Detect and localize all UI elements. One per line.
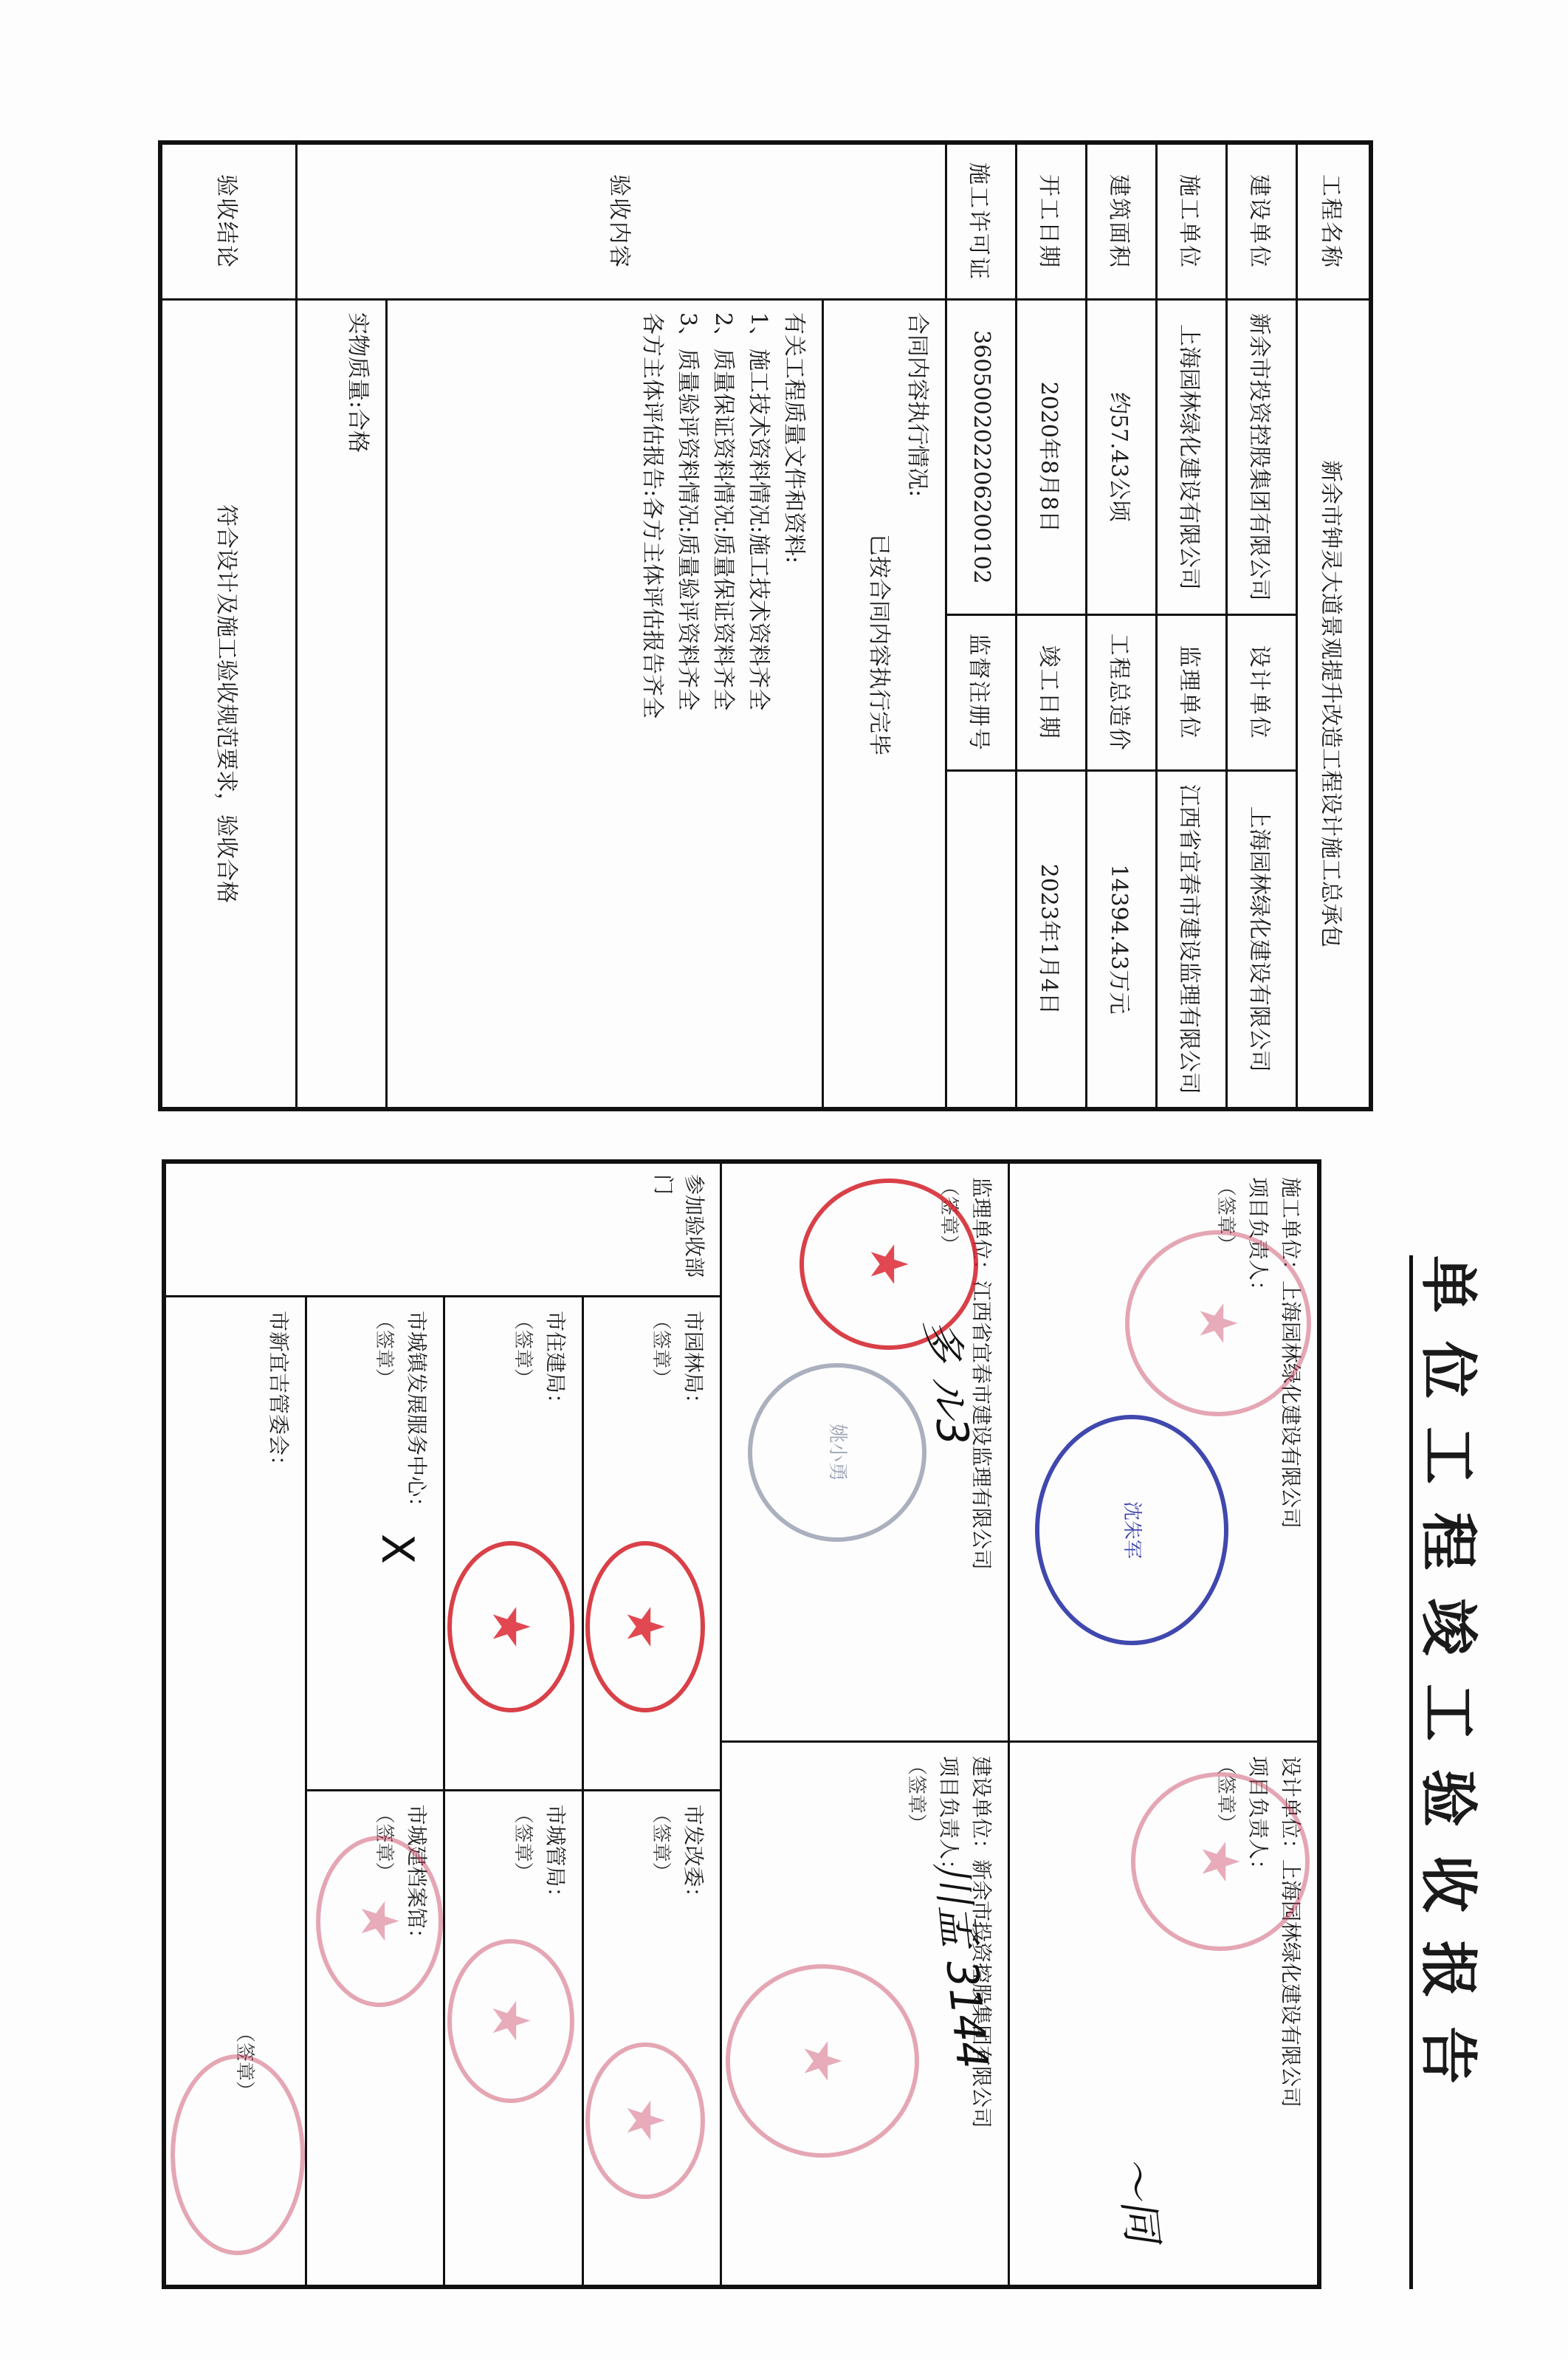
- cross-mark: X: [382, 1534, 414, 1564]
- signature-table: 施工单位：上海园林绿化建设有限公司 项目负责人： （签章） ★ 沈朱军 设计单位…: [162, 1159, 1322, 2289]
- dept-name: 市城建档案馆：: [401, 1805, 433, 2272]
- supervisor-engineer-seal: 姚小勇: [749, 1363, 927, 1542]
- seal-note: （签章）: [1209, 1756, 1242, 2271]
- quality-docs-block: 有关工程质量文件和资料: 1、施工技术资料情况:施工技术资料齐全 2、质量保证资…: [386, 301, 822, 1107]
- dept-name: 市发改委：: [678, 1805, 710, 2272]
- document-page: 单位工程竣工验收报告 工程名称 新余市钟灵大道景观提升改造工程设计施工总承包 建…: [0, 0, 1568, 2360]
- value-registration: [946, 770, 1017, 1109]
- contract-execution-block: 合同内容执行情况: 已按合同内容执行完毕: [822, 301, 946, 1107]
- label-registration: 监督注册号: [946, 614, 1017, 770]
- project-info-table: 工程名称 新余市钟灵大道景观提升改造工程设计施工总承包 建设单位 新余市投资控股…: [158, 140, 1373, 1111]
- acceptance-content: 合同内容执行情况: 已按合同内容执行完毕 有关工程质量文件和资料: 1、施工技术…: [297, 300, 946, 1110]
- value-owner: 新余市投资控股集团有限公司: [1227, 300, 1297, 615]
- label-conclusion: 验收结论: [160, 143, 297, 300]
- docs-item: 各方主体评估报告:各方主体评估报告齐全: [635, 312, 670, 1095]
- value-area: 约57.43公顷: [1087, 300, 1157, 615]
- dept-name: 市园林局：: [678, 1311, 710, 1776]
- contractor-unit: 施工单位：上海园林绿化建设有限公司: [1274, 1177, 1307, 1727]
- engineer-seal-name: 沈朱军: [1119, 1501, 1144, 1559]
- designer-signature: 〜同: [1118, 2155, 1159, 2243]
- designer-sign-cell: 设计单位：上海园林绿化建设有限公司 项目负责人： （签章） ★ 〜同: [1009, 1742, 1319, 2288]
- seal-note: （签章）: [933, 1177, 966, 1727]
- seal-note: （签章）: [645, 1805, 678, 2272]
- dept-name: 市住建局：: [539, 1311, 571, 1776]
- dept-xinyiji-committee: 市新宜吉管委会： （签章）: [167, 1297, 306, 2285]
- value-finish-date: 2023年1月4日: [1017, 770, 1087, 1109]
- dept-label: 参加验收部门: [167, 1164, 721, 1297]
- docs-item: 1、施工技术资料情况:施工技术资料齐全: [741, 312, 777, 1095]
- label-supervisor: 监理单位: [1157, 614, 1227, 770]
- seal-note: （签章）: [228, 2023, 261, 2100]
- label-cost: 工程总造价: [1087, 614, 1157, 770]
- departments-block: 参加验收部门 市园林局： （签章） ★ 市发改委： （签章） ★: [165, 1162, 722, 2287]
- seal-note: （签章）: [901, 1756, 933, 2271]
- label-acceptance-content: 验收内容: [297, 143, 946, 300]
- registered-engineer-seal: 沈朱军: [1035, 1415, 1228, 1645]
- seal-note: （签章）: [1209, 1177, 1242, 1727]
- contractor-lead: 项目负责人：: [1242, 1177, 1274, 1727]
- supervisor-sign-cell: 监理单位：江西省宜春市建设监理有限公司 （签章） ★ 姚小勇 多 ル3: [721, 1162, 1009, 1742]
- contractor-sign-cell: 施工单位：上海园林绿化建设有限公司 项目负责人： （签章） ★ 沈朱军: [1009, 1162, 1319, 1742]
- physical-quality: 实物质量:合格: [336, 301, 386, 1107]
- value-project-name: 新余市钟灵大道景观提升改造工程设计施工总承包: [1297, 300, 1371, 1110]
- dept-name: 市新宜吉管委会：: [262, 1311, 295, 2271]
- value-cost: 14394.43万元: [1087, 770, 1157, 1109]
- owner-sign-cell: 建设单位：新余市投资控股集团有限公司 项目负责人： （签章） ★ 川孟 3144: [721, 1742, 1009, 2288]
- dept-urban-management: 市城管局： （签章） ★: [444, 1791, 582, 2285]
- label-project-name: 工程名称: [1297, 143, 1371, 300]
- value-conclusion: 符合设计及施工验收规范要求，验收合格: [160, 300, 297, 1110]
- dept-housing: 市住建局： （签章） ★: [444, 1297, 582, 1791]
- dept-forestry: 市园林局： （签章） ★: [582, 1297, 721, 1791]
- docs-heading: 有关工程质量文件和资料:: [777, 312, 812, 1095]
- label-finish-date: 竣工日期: [1017, 614, 1087, 770]
- owner-company-seal: ★: [726, 1964, 920, 2158]
- dept-town-dev-center: 市城镇发展服务中心： （签章） X: [305, 1297, 444, 1791]
- dept-ndrc: 市发改委： （签章） ★: [582, 1791, 721, 2285]
- document-title: 单位工程竣工验收报告: [1409, 1255, 1479, 2289]
- value-permit: 360500202206200102: [946, 300, 1017, 615]
- value-supervisor: 江西省宜春市建设监理有限公司: [1157, 770, 1227, 1109]
- seal-note: （签章）: [368, 1805, 401, 2272]
- value-designer: 上海园林绿化建设有限公司: [1227, 770, 1297, 1109]
- value-contractor: 上海园林绿化建设有限公司: [1157, 300, 1227, 615]
- dept-urban-archives: 市城建档案馆： （签章） ★: [305, 1791, 444, 2285]
- label-area: 建筑面积: [1087, 143, 1157, 300]
- seal-note: （签章）: [506, 1805, 539, 2272]
- docs-item: 3、质量验评资料情况:质量验评资料齐全: [670, 312, 706, 1095]
- supervisor-engineer-name: 姚小勇: [822, 1424, 854, 1481]
- supervisor-unit: 监理单位：江西省宜春市建设监理有限公司: [966, 1177, 998, 1727]
- seal-note: （签章）: [506, 1311, 539, 1776]
- designer-lead: 项目负责人：: [1242, 1756, 1274, 2271]
- contract-heading: 合同内容执行情况:: [898, 312, 937, 1095]
- label-permit: 施工许可证: [946, 143, 1017, 300]
- supervisor-signature: 多 ル3: [925, 1317, 971, 1447]
- value-start-date: 2020年8月8日: [1017, 300, 1087, 615]
- label-designer: 设计单位: [1227, 614, 1297, 770]
- dept-name: 市城管局：: [539, 1805, 571, 2272]
- seal-note: （签章）: [645, 1311, 678, 1776]
- label-start-date: 开工日期: [1017, 143, 1087, 300]
- contract-value: 已按合同内容执行完毕: [860, 312, 898, 1095]
- label-owner: 建设单位: [1227, 143, 1297, 300]
- docs-item: 2、质量保证资料情况:质量保证资料齐全: [706, 312, 741, 1095]
- designer-unit: 设计单位：上海园林绿化建设有限公司: [1274, 1756, 1307, 2271]
- label-contractor: 施工单位: [1157, 143, 1227, 300]
